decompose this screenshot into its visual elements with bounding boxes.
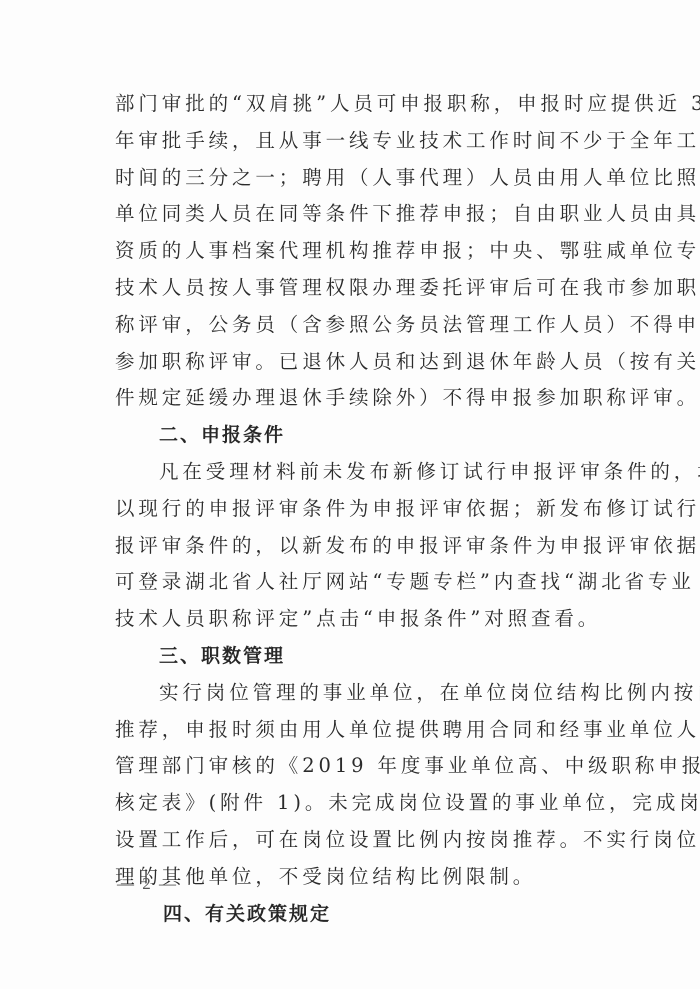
paragraph-line: 实行岗位管理的事业单位，在单位岗位结构比例内按岗 [115,675,603,712]
paragraph-line: 可登录湖北省人社厅网站“专题专栏”内查找“湖北省专业 [115,564,603,601]
paragraph-line: 报评审条件的，以新发布的申报评审条件为申报评审依据。 [115,528,603,565]
paragraph-line: 时间的三分之一；聘用（人事代理）人员由用人单位比照本 [115,160,603,197]
paragraph-line: 件规定延缓办理退休手续除外）不得申报参加职称评审。 [115,380,603,417]
paragraph-line: 推荐，申报时须由用人单位提供聘用合同和经事业单位人事 [115,712,603,749]
paragraph-line: 资质的人事档案代理机构推荐申报；中央、鄂驻咸单位专业 [115,233,603,270]
paragraph-line: 称评审，公务员（含参照公务员法管理工作人员）不得申报 [115,307,603,344]
section-heading-policy-provisions: 四、有关政策规定 [115,896,603,933]
document-body: 部门审批的“双肩挑”人员可申报职称，申报时应提供近 3 年审批手续，且从事一线专… [115,86,603,932]
section-heading-quota-management: 三、职数管理 [115,638,603,675]
paragraph-line: 部门审批的“双肩挑”人员可申报职称，申报时应提供近 3 [115,86,603,123]
paragraph-line: 管理部门审核的《2019 年度事业单位高、中级职称申报情况 [115,748,603,785]
paragraph-line: 凡在受理材料前未发布新修订试行申报评审条件的，均 [115,454,603,491]
paragraph-line: 以现行的申报评审条件为申报评审依据；新发布修订试行申 [115,491,603,528]
page-number: — 2 — [117,874,178,894]
section-heading-application-conditions: 二、申报条件 [115,417,603,454]
paragraph-line: 设置工作后，可在岗位设置比例内按岗推荐。不实行岗位管 [115,822,603,859]
document-page: 部门审批的“双肩挑”人员可申报职称，申报时应提供近 3 年审批手续，且从事一线专… [0,0,700,989]
paragraph-line: 参加职称评审。已退休人员和达到退休年龄人员（按有关文 [115,344,603,381]
paragraph-line: 技术人员职称评定”点击“申报条件”对照查看。 [115,601,603,638]
paragraph-line: 单位同类人员在同等条件下推荐申报；自由职业人员由具有 [115,196,603,233]
paragraph-line: 理的其他单位，不受岗位结构比例限制。 [115,859,603,896]
paragraph-line: 技术人员按人事管理权限办理委托评审后可在我市参加职 [115,270,603,307]
paragraph-line: 年审批手续，且从事一线专业技术工作时间不少于全年工作 [115,123,603,160]
paragraph-line: 核定表》(附件 1)。未完成岗位设置的事业单位，完成岗位 [115,785,603,822]
